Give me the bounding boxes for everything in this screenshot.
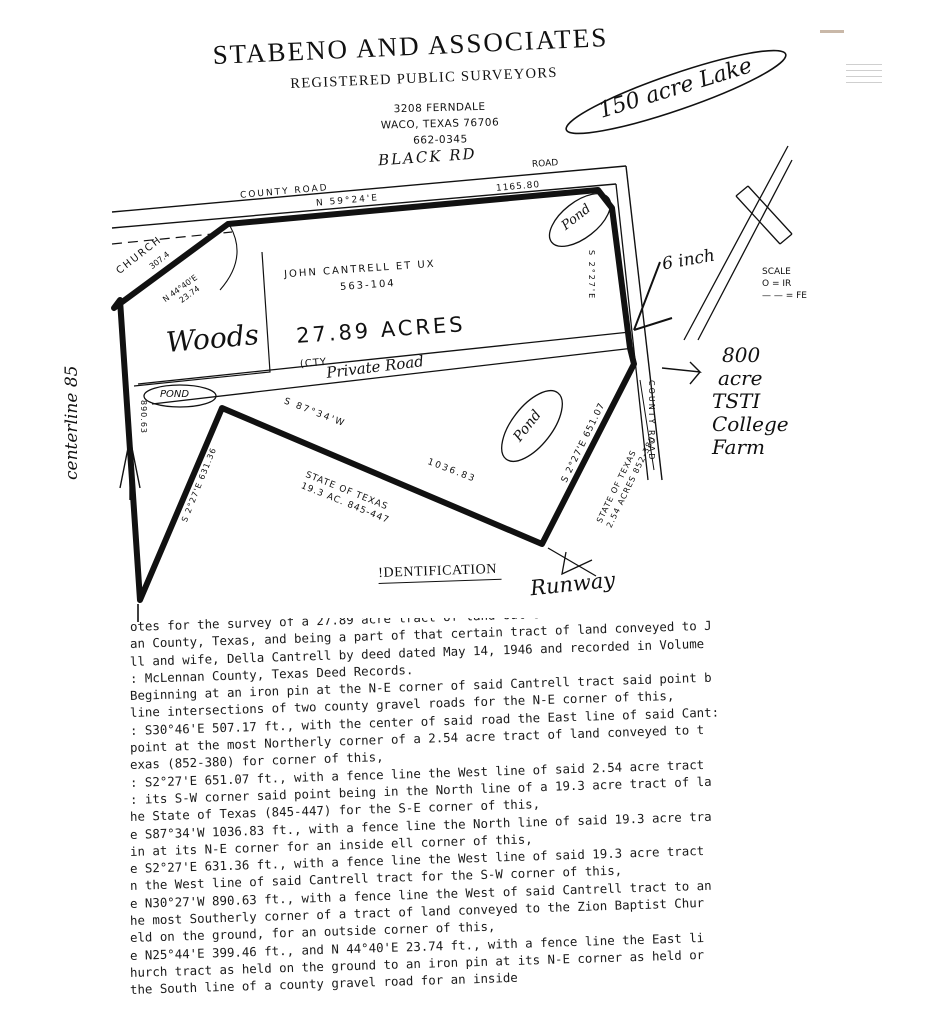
cty-label: (CTY xyxy=(300,357,328,370)
scanned-survey-page: STABENO AND ASSOCIATES REGISTERED PUBLIC… xyxy=(0,0,936,1022)
centerline-note: centerline 85 xyxy=(62,366,82,480)
west-distance: 890.63 xyxy=(139,400,148,434)
pond-left-label: POND xyxy=(160,389,189,400)
farm-note: 800 acre TSTI College Farm xyxy=(712,344,789,459)
east-bearing: S 2°27'E xyxy=(587,250,596,300)
legal-description: otes for the survey of a 27.89 acre trac… xyxy=(130,618,810,999)
road-label: ROAD xyxy=(532,158,559,170)
scale-legend: SCALE O = IR — — = FE xyxy=(762,266,807,302)
tract-boundary xyxy=(114,190,634,600)
